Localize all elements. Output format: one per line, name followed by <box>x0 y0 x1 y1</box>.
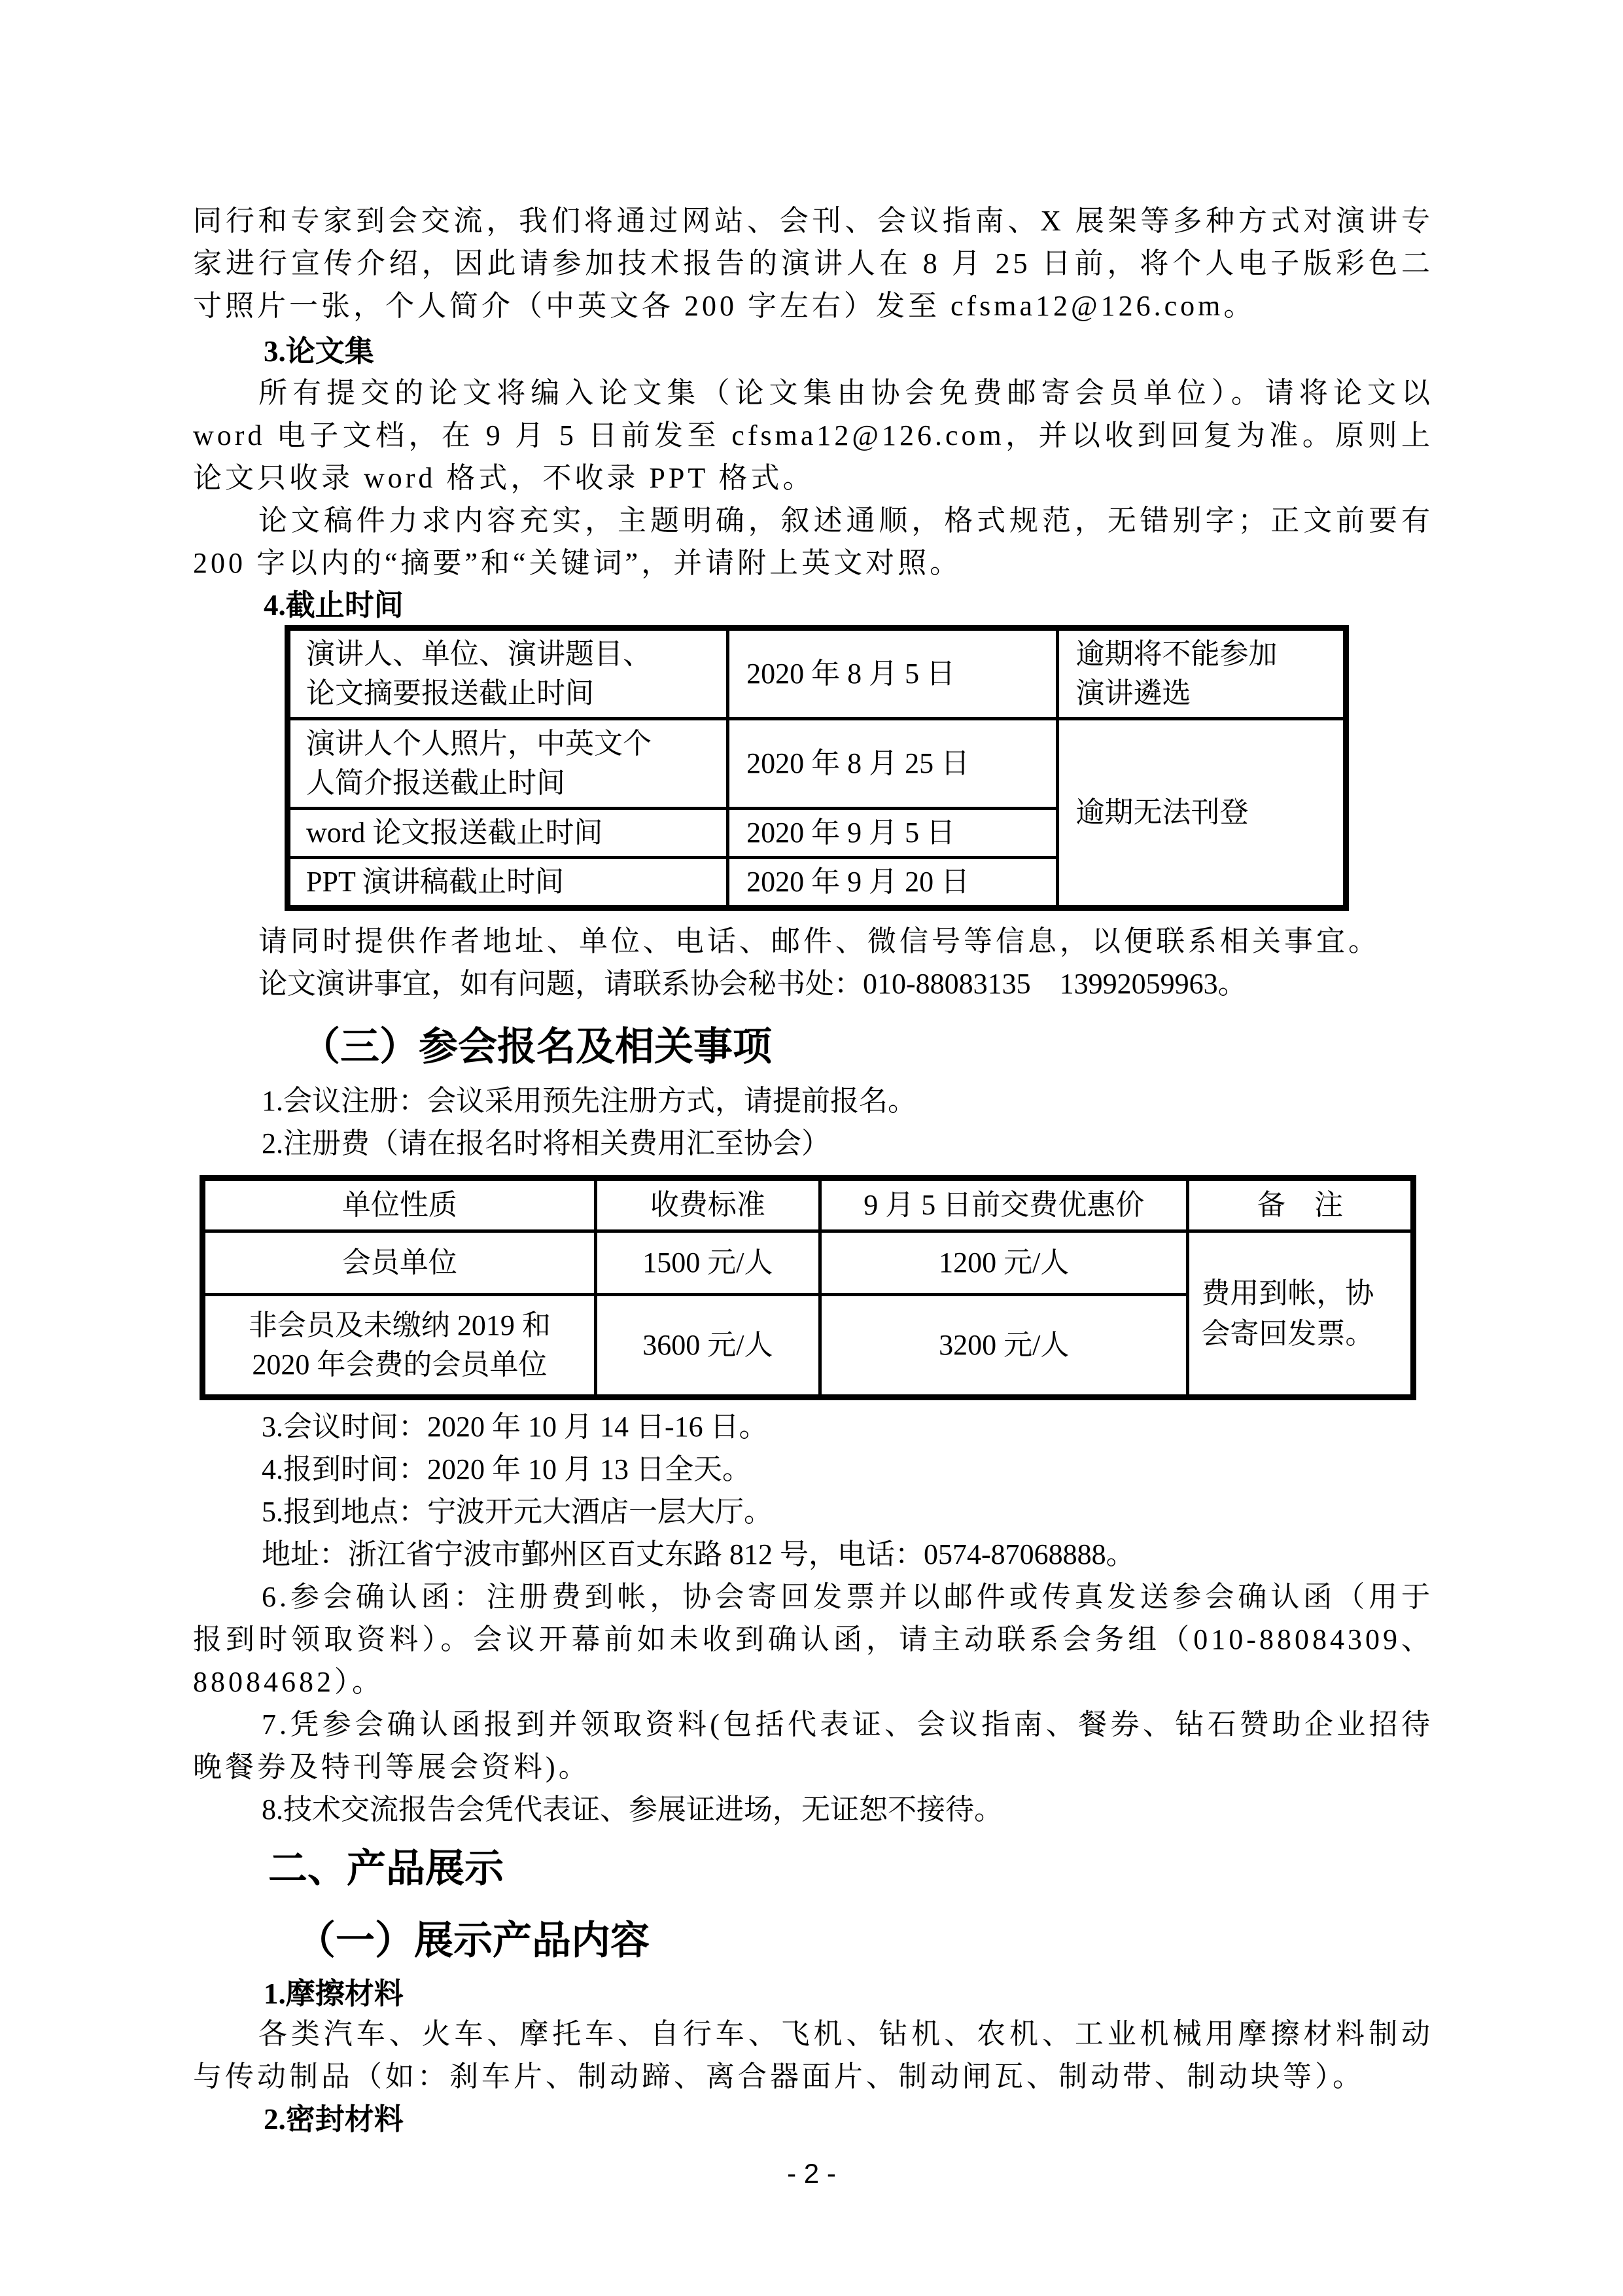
deadline-date-cell: 2020 年 8 月 25 日 <box>728 719 1057 809</box>
fee-note-merged-cell: 费用到帐，协会寄回发票。 <box>1188 1231 1414 1398</box>
registration-item-7: 7.凭参会确认函报到并领取资料(包括代表证、会议指南、餐券、钻石赞助企业招待晚餐… <box>193 1703 1433 1788</box>
deadline-table-row: 演讲人、单位、演讲题目、论文摘要报送截止时间 2020 年 8 月 5 日 逾期… <box>288 628 1346 719</box>
products-section-heading: 二、产品展示 <box>268 1840 1433 1898</box>
deadline-table: 演讲人、单位、演讲题目、论文摘要报送截止时间 2020 年 8 月 5 日 逾期… <box>285 625 1349 911</box>
deadline-date-cell: 2020 年 9 月 20 日 <box>728 858 1057 908</box>
registration-items: 3.会议时间：2020 年 10 月 14 日-16 日。 4.报到时间：202… <box>193 1405 1433 1831</box>
papers-paragraph-1: 所有提交的论文将编入论文集（论文集由协会免费邮寄会员单位）。请将论文以 word… <box>193 372 1433 499</box>
registration-item-2: 2.注册费（请在报名时将相关费用汇至协会） <box>193 1122 1433 1165</box>
deadline-note-cell: 逾期将不能参加演讲遴选 <box>1057 628 1346 719</box>
content-area: 同行和专家到会交流，我们将通过网站、会刊、会议指南、X 展架等多种方式对演讲专家… <box>193 200 1433 2138</box>
deadline-item-cell: PPT 演讲稿截止时间 <box>288 858 728 908</box>
fee-discount-cell: 3200 元/人 <box>820 1295 1188 1398</box>
fee-type-cell: 非会员及未缴纳 2019 和 2020 年会费的会员单位 <box>203 1295 596 1398</box>
deadline-note-merged-cell: 逾期无法刊登 <box>1057 719 1346 908</box>
page-number: - 2 - <box>0 2158 1623 2189</box>
fee-type-cell: 会员单位 <box>203 1231 596 1295</box>
registration-item-3: 3.会议时间：2020 年 10 月 14 日-16 日。 <box>193 1405 1433 1448</box>
deadline-item-cell: 演讲人、单位、演讲题目、论文摘要报送截止时间 <box>288 628 728 719</box>
registration-item-6: 6.参会确认函：注册费到帐，协会寄回发票并以邮件或传真发送参会确认函（用于报到时… <box>193 1576 1433 1703</box>
fee-table-row: 会员单位 1500 元/人 1200 元/人 费用到帐，协会寄回发票。 <box>203 1231 1414 1295</box>
friction-material-heading: 1.摩擦材料 <box>264 1975 1433 2013</box>
registration-item-8: 8.技术交流报告会凭代表证、参展证进场，无证恕不接待。 <box>193 1788 1433 1831</box>
deadline-date-cell: 2020 年 9 月 5 日 <box>728 809 1057 858</box>
document-page: 同行和专家到会交流，我们将通过网站、会刊、会议指南、X 展架等多种方式对演讲专家… <box>0 0 1623 2296</box>
seal-material-heading: 2.密封材料 <box>264 2100 1433 2138</box>
deadline-date-cell: 2020 年 8 月 5 日 <box>728 628 1057 719</box>
fee-col-header-note: 备 注 <box>1188 1178 1414 1231</box>
papers-section-heading: 3.论文集 <box>264 331 1433 372</box>
hotel-address-line: 地址：浙江省宁波市鄞州区百丈东路 812 号，电话：0574-87068888。 <box>193 1533 1433 1576</box>
fee-table: 单位性质 收费标准 9 月 5 日前交费优惠价 备 注 会员单位 1500 元/… <box>200 1175 1416 1400</box>
fee-col-header-standard: 收费标准 <box>595 1178 820 1231</box>
contact-paragraph-1: 请同时提供作者地址、单位、电话、邮件、微信号等信息，以便联系相关事宜。 <box>193 920 1433 963</box>
products-content-heading: （一）展示产品内容 <box>296 1912 1433 1969</box>
registration-item-1: 1.会议注册：会议采用预先注册方式，请提前报名。 <box>193 1080 1433 1122</box>
friction-material-paragraph: 各类汽车、火车、摩托车、自行车、飞机、钻机、农机、工业机械用摩擦材料制动与传动制… <box>193 2013 1433 2098</box>
deadline-item-cell: word 论文报送截止时间 <box>288 809 728 858</box>
fee-col-header-discount: 9 月 5 日前交费优惠价 <box>820 1178 1188 1231</box>
deadline-item-cell: 演讲人个人照片，中英文个人简介报送截止时间 <box>288 719 728 809</box>
fee-standard-cell: 3600 元/人 <box>595 1295 820 1398</box>
registration-item-5: 5.报到地点：宁波开元大酒店一层大厅。 <box>193 1491 1433 1533</box>
fee-table-header-row: 单位性质 收费标准 9 月 5 日前交费优惠价 备 注 <box>203 1178 1414 1231</box>
fee-col-header-type: 单位性质 <box>203 1178 596 1231</box>
fee-discount-cell: 1200 元/人 <box>820 1231 1188 1295</box>
registration-section-heading: （三）参会报名及相关事项 <box>301 1018 1433 1076</box>
contact-paragraph-2: 论文演讲事宜，如有问题，请联系协会秘书处：010-88083135 139920… <box>193 963 1433 1005</box>
deadline-section-heading: 4.截止时间 <box>264 587 1433 624</box>
deadline-table-row: 演讲人个人照片，中英文个人简介报送截止时间 2020 年 8 月 25 日 逾期… <box>288 719 1346 809</box>
fee-standard-cell: 1500 元/人 <box>595 1231 820 1295</box>
registration-item-4: 4.报到时间：2020 年 10 月 13 日全天。 <box>193 1448 1433 1491</box>
papers-paragraph-2: 论文稿件力求内容充实，主题明确，叙述通顺，格式规范，无错别字；正文前要有 200… <box>193 499 1433 584</box>
intro-paragraph: 同行和专家到会交流，我们将通过网站、会刊、会议指南、X 展架等多种方式对演讲专家… <box>193 200 1433 327</box>
